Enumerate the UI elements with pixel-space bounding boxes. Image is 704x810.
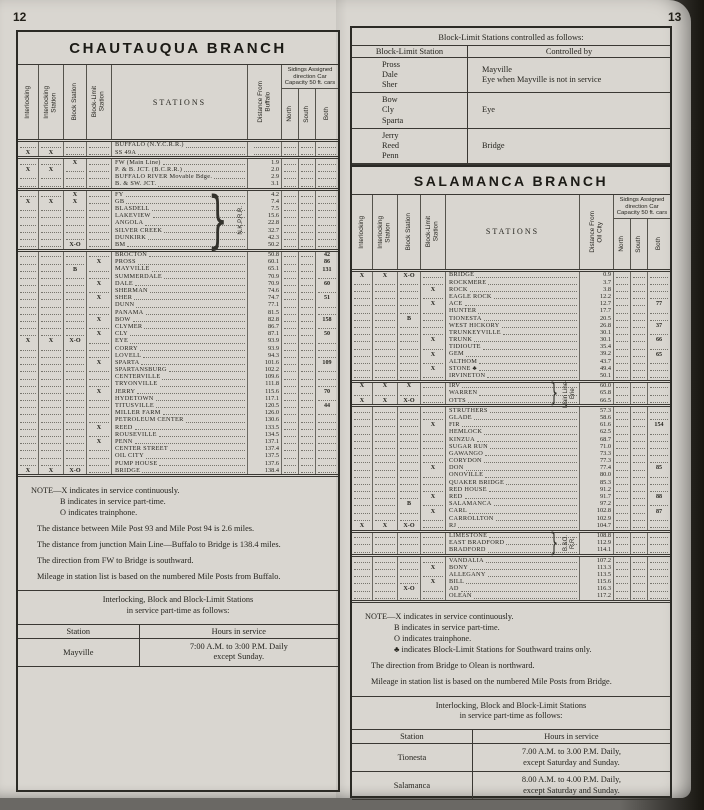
siding-cell bbox=[316, 439, 338, 446]
mark-cell bbox=[373, 407, 398, 414]
direction-header: North bbox=[282, 89, 299, 139]
mark-cell: X bbox=[421, 422, 446, 429]
siding-cell bbox=[631, 579, 648, 586]
mark-cell bbox=[352, 365, 373, 372]
dotted-placeholder bbox=[423, 455, 442, 456]
cell-value: X bbox=[431, 287, 435, 293]
cell-value: 3.7 bbox=[603, 280, 611, 286]
station-cell: ROUSEVILLE bbox=[112, 431, 248, 438]
mark-cell bbox=[421, 344, 446, 351]
dotted-placeholder bbox=[423, 334, 442, 335]
mark-cell: X bbox=[18, 467, 39, 474]
dotted-placeholder bbox=[20, 429, 36, 430]
mark-cell bbox=[64, 460, 87, 467]
mark-cell: X-O bbox=[398, 272, 421, 279]
siding-cell bbox=[648, 486, 670, 493]
column-header-label: Interlocking Station bbox=[377, 216, 392, 249]
siding-cell bbox=[614, 286, 631, 293]
cell-value: X bbox=[431, 337, 435, 343]
siding-cell bbox=[631, 436, 648, 443]
distance-cell: 32.7 bbox=[248, 227, 282, 234]
station-name: Jerry bbox=[382, 131, 467, 141]
siding-cell bbox=[299, 252, 316, 259]
left-parttime-caption: Interlocking, Block and Block-Limit Stat… bbox=[18, 595, 338, 617]
mark-cell bbox=[352, 308, 373, 315]
dotted-placeholder bbox=[375, 363, 394, 364]
dotted-placeholder bbox=[400, 562, 418, 563]
dotted-placeholder bbox=[400, 477, 418, 478]
siding-cell bbox=[631, 515, 648, 522]
station-name: Mayville bbox=[18, 639, 140, 666]
dotted-placeholder bbox=[633, 426, 646, 427]
dotted-placeholder bbox=[616, 583, 629, 584]
dotted-placeholder bbox=[616, 349, 629, 350]
dotted-placeholder bbox=[354, 569, 370, 570]
cell-value: X bbox=[49, 338, 53, 344]
mark-cell bbox=[373, 593, 398, 600]
mark-cell bbox=[87, 374, 112, 381]
mark-cell bbox=[18, 316, 39, 323]
dotted-placeholder bbox=[284, 379, 297, 380]
siding-cell bbox=[299, 324, 316, 331]
station-name: SPARTANSBURG bbox=[115, 367, 167, 373]
dotted-placeholder bbox=[284, 414, 297, 415]
right-page: Block-Limit Stations controlled as follo… bbox=[350, 26, 672, 798]
siding-cell bbox=[316, 338, 338, 345]
station-name: SHER bbox=[115, 295, 132, 301]
siding-cell bbox=[631, 586, 648, 593]
mark-cell bbox=[421, 450, 446, 457]
mark-cell bbox=[64, 142, 87, 149]
dotted-placeholder bbox=[66, 210, 84, 211]
dotted-placeholder bbox=[20, 400, 36, 401]
station-name: SILVER CREEK bbox=[115, 228, 162, 234]
siding-cell bbox=[282, 198, 299, 205]
station-name: SUMMERDALE bbox=[115, 274, 162, 280]
block-limit-station-header: Block-Limit Station bbox=[352, 46, 468, 57]
dotted-leader bbox=[477, 441, 577, 442]
cell-value: 15.6 bbox=[268, 213, 279, 219]
dotted-leader bbox=[474, 341, 577, 342]
siding-cell bbox=[631, 407, 648, 414]
mark-cell bbox=[18, 345, 39, 352]
dotted-placeholder bbox=[318, 292, 336, 293]
siding-cell bbox=[282, 241, 299, 248]
station-name: BONY bbox=[449, 565, 468, 571]
hours-column-header: Hours in service bbox=[140, 625, 338, 638]
station-cell: FIR bbox=[446, 422, 580, 429]
siding-cell bbox=[631, 301, 648, 308]
mark-cell: X bbox=[64, 159, 87, 166]
dotted-placeholder bbox=[616, 441, 629, 442]
station-cell: P. & B. JCT. (B.C.R.R.) bbox=[112, 167, 248, 174]
dotted-placeholder bbox=[650, 598, 668, 599]
siding-cell bbox=[648, 308, 670, 315]
dotted-placeholder bbox=[66, 335, 84, 336]
dotted-placeholder bbox=[89, 178, 108, 179]
table-row: PUMP HOUSE137.6 bbox=[18, 460, 338, 467]
dotted-placeholder bbox=[354, 576, 370, 577]
dotted-placeholder bbox=[20, 307, 36, 308]
dotted-placeholder bbox=[354, 334, 370, 335]
table-row: STRUTHERS57.3 bbox=[352, 407, 670, 414]
cell-value: 74.6 bbox=[268, 288, 279, 294]
station-cell: PENN bbox=[112, 439, 248, 446]
dotted-placeholder bbox=[650, 562, 668, 563]
dotted-placeholder bbox=[301, 350, 314, 351]
station-name: SHERMAN bbox=[115, 288, 148, 294]
cell-value: 115.6 bbox=[265, 389, 279, 395]
dotted-placeholder bbox=[616, 313, 629, 314]
station-cell: FY bbox=[112, 191, 248, 198]
distance-cell: 2.9 bbox=[248, 174, 282, 181]
table-row: XFY4.2 bbox=[18, 191, 338, 198]
mark-cell bbox=[373, 458, 398, 465]
siding-cell bbox=[299, 359, 316, 366]
cell-value: 113.3 bbox=[597, 565, 611, 571]
dotted-placeholder bbox=[354, 513, 370, 514]
dotted-placeholder bbox=[20, 335, 36, 336]
cell-value: 104.7 bbox=[597, 523, 611, 529]
station-cell: GAWANGO bbox=[446, 450, 580, 457]
table-row: GLADE58.6 bbox=[352, 415, 670, 422]
dotted-placeholder bbox=[616, 498, 629, 499]
siding-cell bbox=[282, 288, 299, 295]
dotted-placeholder bbox=[375, 320, 394, 321]
siding-cell bbox=[631, 279, 648, 286]
dotted-placeholder bbox=[89, 210, 108, 211]
dotted-placeholder bbox=[89, 278, 108, 279]
column-header: Block-Limit Station bbox=[87, 65, 112, 139]
dotted-placeholder bbox=[423, 363, 442, 364]
siding-cell bbox=[299, 273, 316, 280]
dotted-placeholder bbox=[284, 393, 297, 394]
mark-cell bbox=[39, 213, 64, 220]
cell-value: B bbox=[407, 316, 411, 322]
dotted-leader bbox=[159, 465, 245, 466]
dotted-placeholder bbox=[318, 307, 336, 308]
dotted-placeholder bbox=[375, 520, 394, 521]
dotted-leader bbox=[478, 313, 577, 314]
cell-value: 12.2 bbox=[600, 294, 611, 300]
dotted-placeholder bbox=[633, 591, 646, 592]
station-cell: ROCKMERE bbox=[446, 279, 580, 286]
scanned-book-spread: 12 13 CHAUTAUQUA BRANCH InterlockingInte… bbox=[0, 0, 704, 810]
station-cell: SUGAR RUN bbox=[446, 443, 580, 450]
cell-value: 116.3 bbox=[597, 586, 611, 592]
table-row: XXP. & B. JCT. (B.C.R.R.)2.0 bbox=[18, 167, 338, 174]
station-name: TRUNKEYVILLE bbox=[449, 330, 501, 336]
cell-value: 1.9 bbox=[271, 160, 279, 166]
table-row: BTIONESTA20.5 bbox=[352, 315, 670, 322]
siding-cell bbox=[631, 458, 648, 465]
station-name: BM bbox=[115, 242, 125, 248]
distance-cell: 20.5 bbox=[580, 315, 614, 322]
table-row: SHERMAN74.6 bbox=[18, 288, 338, 295]
mark-cell bbox=[398, 429, 421, 436]
dotted-placeholder bbox=[650, 434, 668, 435]
station-name: Pross bbox=[382, 60, 467, 70]
station-name: SS 49A bbox=[115, 150, 136, 156]
siding-cell bbox=[282, 417, 299, 424]
siding-cell bbox=[316, 191, 338, 198]
dotted-placeholder bbox=[354, 395, 370, 396]
mark-cell bbox=[352, 301, 373, 308]
distance-cell: 77.1 bbox=[248, 302, 282, 309]
cell-value: 50.2 bbox=[268, 242, 279, 248]
cell-value: 2.0 bbox=[271, 167, 279, 173]
mark-cell bbox=[18, 367, 39, 374]
mark-cell bbox=[87, 460, 112, 467]
mark-cell bbox=[421, 390, 446, 397]
dotted-placeholder bbox=[650, 298, 668, 299]
dotted-placeholder bbox=[41, 422, 60, 423]
dotted-placeholder bbox=[633, 513, 646, 514]
station-cell: OLEAN bbox=[446, 593, 580, 600]
dotted-placeholder bbox=[375, 537, 394, 538]
mark-cell: X bbox=[373, 272, 398, 279]
mark-cell bbox=[373, 358, 398, 365]
dotted-placeholder bbox=[284, 239, 297, 240]
dotted-leader bbox=[186, 147, 245, 148]
cell-value: 73.3 bbox=[600, 451, 611, 457]
column-header: Interlocking Station bbox=[373, 195, 398, 269]
station-cell: B. & SW. JCT. bbox=[112, 181, 248, 188]
cell-value: X bbox=[431, 465, 435, 471]
siding-cell bbox=[614, 329, 631, 336]
dotted-placeholder bbox=[423, 434, 442, 435]
column-header-label: Block-Limit Station bbox=[91, 86, 106, 117]
dotted-placeholder bbox=[41, 458, 60, 459]
mark-cell bbox=[87, 174, 112, 181]
direction-header: North bbox=[614, 219, 631, 269]
siding-cell bbox=[299, 266, 316, 273]
station-name: AD bbox=[449, 586, 459, 592]
cell-value: 0.9 bbox=[603, 272, 611, 278]
siding-cell bbox=[282, 295, 299, 302]
station-cell: SS 49A bbox=[112, 149, 248, 156]
column-header-label: Block Station bbox=[405, 213, 413, 250]
mark-cell: X bbox=[87, 439, 112, 446]
controlled-by: MayvilleEye when Mayville is not in serv… bbox=[468, 58, 670, 92]
dotted-placeholder bbox=[318, 458, 336, 459]
cell-value: 7.5 bbox=[271, 206, 279, 212]
siding-cell bbox=[316, 302, 338, 309]
dotted-placeholder bbox=[301, 203, 314, 204]
station-name: WARREN bbox=[449, 390, 477, 396]
mark-cell: X bbox=[421, 365, 446, 372]
cell-value: 7.4 bbox=[271, 199, 279, 205]
dotted-placeholder bbox=[616, 363, 629, 364]
cell-value: 117.2 bbox=[597, 593, 611, 599]
cell-value: 86 bbox=[324, 259, 330, 265]
cell-value: 70 bbox=[324, 389, 330, 395]
cell-value: X bbox=[97, 317, 101, 323]
dotted-placeholder bbox=[633, 520, 646, 521]
siding-cell bbox=[648, 365, 670, 372]
cell-value: X bbox=[360, 383, 364, 389]
table-row: WARREN65.8 bbox=[352, 390, 670, 397]
mark-cell bbox=[39, 374, 64, 381]
cell-value: 130.6 bbox=[265, 417, 279, 423]
dotted-placeholder bbox=[354, 419, 370, 420]
dotted-placeholder bbox=[375, 395, 394, 396]
siding-cell bbox=[282, 213, 299, 220]
mark-cell bbox=[87, 288, 112, 295]
dotted-placeholder bbox=[354, 598, 370, 599]
dotted-placeholder bbox=[400, 448, 418, 449]
siding-cell bbox=[299, 352, 316, 359]
dotted-placeholder bbox=[301, 285, 314, 286]
mark-cell bbox=[39, 227, 64, 234]
siding-cell bbox=[282, 403, 299, 410]
dotted-placeholder bbox=[284, 256, 297, 257]
mark-cell bbox=[64, 417, 87, 424]
distance-cell: 85.3 bbox=[580, 479, 614, 486]
siding-cell bbox=[282, 331, 299, 338]
mark-cell bbox=[398, 564, 421, 571]
block-limit-table: Block-Limit StationControlled byProssDal… bbox=[352, 45, 670, 165]
siding-cell bbox=[648, 286, 670, 293]
distance-cell: 120.5 bbox=[248, 403, 282, 410]
siding-cell bbox=[614, 294, 631, 301]
dotted-placeholder bbox=[423, 448, 442, 449]
left-page: CHAUTAUQUA BRANCH InterlockingInterlocki… bbox=[16, 30, 340, 792]
siding-cell: 77 bbox=[648, 301, 670, 308]
dotted-placeholder bbox=[650, 412, 668, 413]
dotted-placeholder bbox=[284, 271, 297, 272]
mark-cell bbox=[18, 252, 39, 259]
mark-cell bbox=[39, 280, 64, 287]
cell-value: 3.1 bbox=[271, 181, 279, 187]
mark-cell bbox=[39, 446, 64, 453]
station-cell: DUNKIRK bbox=[112, 234, 248, 241]
column-header: Block Station bbox=[398, 195, 421, 269]
siding-cell bbox=[316, 417, 338, 424]
distance-header-label: Distance From Oil City bbox=[589, 211, 604, 253]
distance-cell: 42.3 bbox=[248, 234, 282, 241]
dotted-leader bbox=[156, 400, 245, 401]
siding-cell: 65 bbox=[648, 351, 670, 358]
table-row: B. & SW. JCT.3.1 bbox=[18, 181, 338, 188]
siding-cell bbox=[282, 453, 299, 460]
table-row: BMAYVILLE65.1131 bbox=[18, 266, 338, 273]
dotted-placeholder bbox=[66, 393, 84, 394]
station-cell: CORYDON bbox=[446, 458, 580, 465]
dotted-placeholder bbox=[375, 291, 394, 292]
siding-cell bbox=[299, 241, 316, 248]
dotted-placeholder bbox=[616, 544, 629, 545]
cell-value: 158 bbox=[322, 317, 331, 323]
station-cell: CARL bbox=[446, 508, 580, 515]
dotted-placeholder bbox=[301, 246, 314, 247]
table-row: MILLER FARM126.0 bbox=[18, 410, 338, 417]
table-row: XXX-OBRIDGE138.4 bbox=[18, 467, 338, 474]
table-row: HYDETOWN117.1 bbox=[18, 395, 338, 402]
siding-cell bbox=[648, 515, 670, 522]
table-row: BUFFALO (N.Y.C.R.R.) bbox=[18, 142, 338, 149]
siding-cell bbox=[631, 329, 648, 336]
right-paragraphs: The direction from Bridge to Olean is no… bbox=[352, 661, 670, 688]
station-name: BOW bbox=[115, 317, 131, 323]
siding-cell bbox=[614, 315, 631, 322]
siding-cell bbox=[631, 415, 648, 422]
dotted-placeholder bbox=[423, 402, 442, 403]
station-name: ROUSEVILLE bbox=[115, 432, 157, 438]
station-name: VANDALIA bbox=[449, 558, 484, 564]
siding-cell bbox=[282, 302, 299, 309]
cell-value: X bbox=[431, 565, 435, 571]
mark-cell bbox=[421, 272, 446, 279]
hours-row: Tionesta7.00 A.M. to 3.00 P.M. Daily, ex… bbox=[352, 744, 670, 772]
dotted-leader bbox=[158, 186, 245, 187]
dotted-placeholder bbox=[41, 357, 60, 358]
siding-cell bbox=[299, 388, 316, 395]
dotted-placeholder bbox=[318, 232, 336, 233]
dotted-placeholder bbox=[284, 307, 297, 308]
dotted-placeholder bbox=[284, 178, 297, 179]
dotted-placeholder bbox=[400, 305, 418, 306]
cell-value: 87.1 bbox=[268, 331, 279, 337]
station-cell: BUFFALO (N.Y.C.R.R.) bbox=[112, 142, 248, 149]
mark-cell bbox=[87, 220, 112, 227]
mark-cell bbox=[373, 286, 398, 293]
mark-cell bbox=[64, 367, 87, 374]
mark-cell bbox=[18, 359, 39, 366]
station-cell: EAGLE ROCK bbox=[446, 294, 580, 301]
siding-cell bbox=[614, 557, 631, 564]
station-name: FIR bbox=[449, 422, 460, 428]
siding-cell bbox=[631, 564, 648, 571]
cell-value: X bbox=[73, 192, 77, 198]
siding-cell bbox=[614, 450, 631, 457]
mark-cell bbox=[373, 494, 398, 501]
station-cell: ACE bbox=[446, 301, 580, 308]
siding-cell bbox=[316, 227, 338, 234]
dotted-leader bbox=[160, 386, 245, 387]
siding-cell bbox=[316, 159, 338, 166]
siding-cell bbox=[631, 272, 648, 279]
dotted-placeholder bbox=[423, 576, 442, 577]
mark-cell: X bbox=[87, 280, 112, 287]
column-header-label: Interlocking Station bbox=[43, 86, 58, 119]
mark-cell bbox=[39, 403, 64, 410]
station-name: EAST BRADFORD bbox=[449, 540, 504, 546]
mark-cell bbox=[373, 415, 398, 422]
dotted-placeholder bbox=[20, 225, 36, 226]
cell-value: 51 bbox=[324, 295, 330, 301]
mark-cell bbox=[39, 381, 64, 388]
dotted-placeholder bbox=[633, 291, 646, 292]
siding-cell bbox=[631, 286, 648, 293]
dotted-placeholder bbox=[375, 462, 394, 463]
cell-value: 58.6 bbox=[600, 415, 611, 421]
distance-cell: 102.9 bbox=[580, 515, 614, 522]
table-row: ROUSEVILLE134.5 bbox=[18, 431, 338, 438]
station-cell: VANDALIA bbox=[446, 557, 580, 564]
distance-cell: 115.6 bbox=[580, 579, 614, 586]
mark-cell bbox=[87, 241, 112, 248]
mark-cell bbox=[87, 381, 112, 388]
distance-cell: 49.4 bbox=[580, 365, 614, 372]
dotted-leader bbox=[470, 569, 577, 570]
dotted-placeholder bbox=[41, 443, 60, 444]
mark-cell bbox=[39, 159, 64, 166]
station-name: BILL bbox=[449, 579, 464, 585]
dotted-leader bbox=[126, 203, 245, 204]
station-name: HEMLOCK bbox=[449, 429, 482, 435]
dotted-placeholder bbox=[650, 569, 668, 570]
